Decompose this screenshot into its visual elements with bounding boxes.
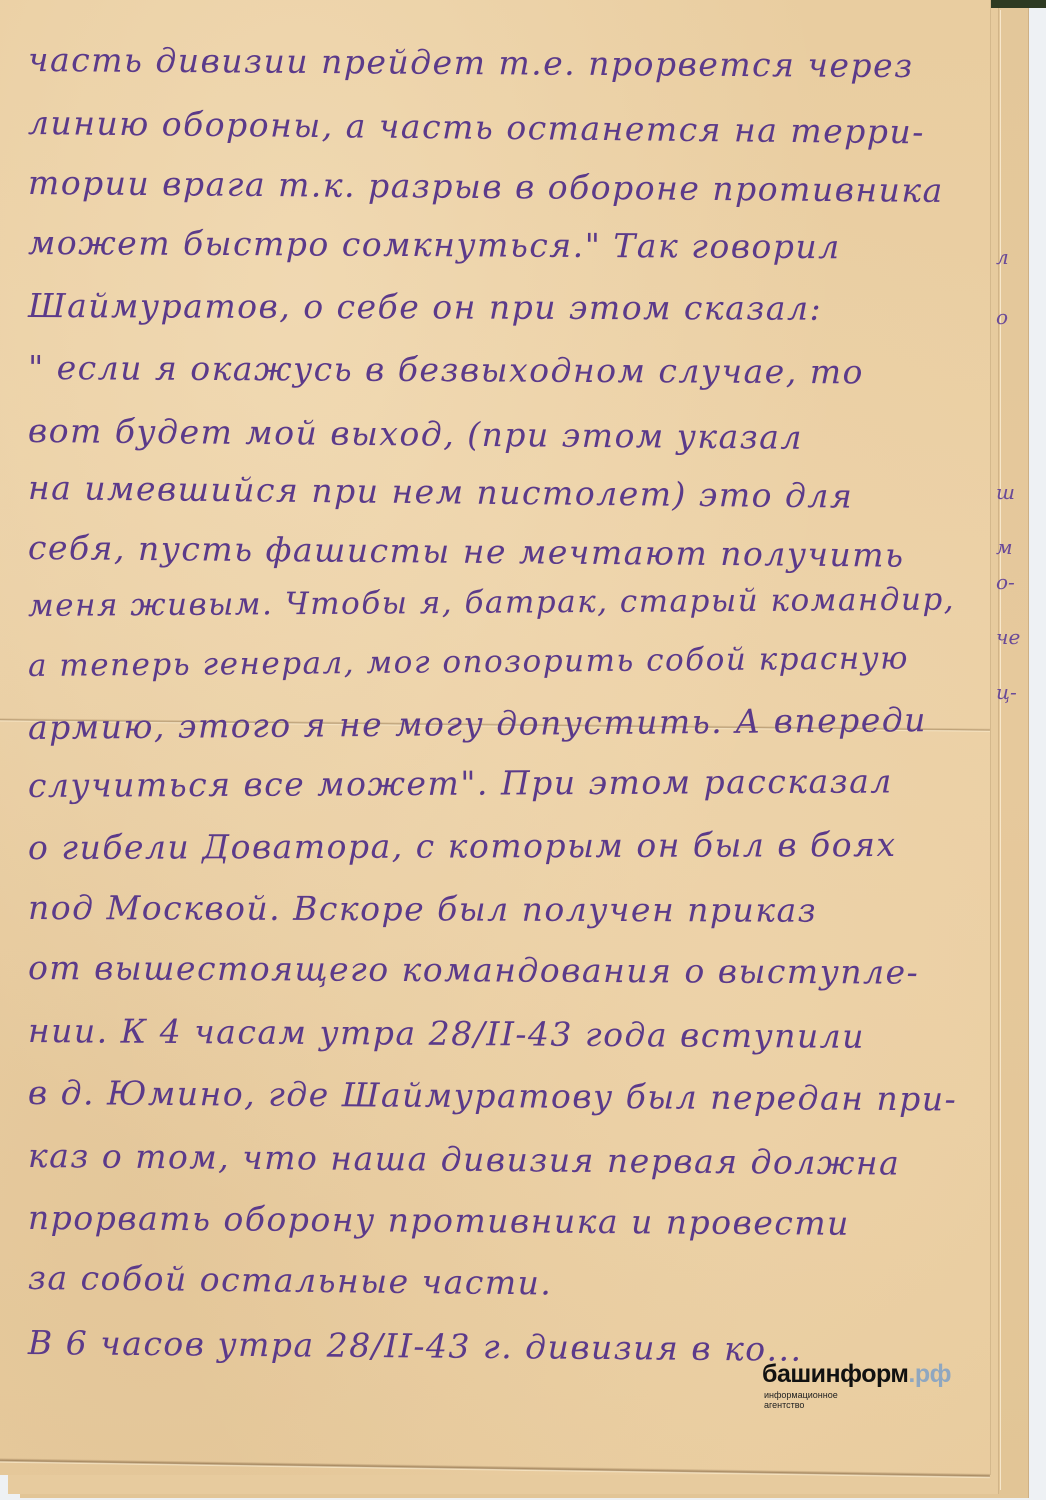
text-line: " если я окажусь в безвыходном случае, т… [28, 348, 864, 391]
text-line: нии. К 4 часам утра 28/II-43 года вступи… [28, 1011, 865, 1056]
text-line: себя, пусть фашисты не мечтают получить [28, 528, 905, 575]
text-line: о гибели Доватора, с которым он был в бо… [28, 825, 897, 867]
text-line: каз о том, что наша дивизия первая должн… [28, 1136, 901, 1183]
watermark-brand-suffix: .рф [908, 1360, 951, 1388]
letter-page: часть дивизии прейдет т.е. прорвется чер… [0, 0, 990, 1475]
watermark-brand-name: башинформ [762, 1360, 908, 1388]
text-line: меня живым. Чтобы я, батрак, старый кома… [28, 582, 955, 624]
text-line: за собой остальные части. [28, 1258, 553, 1302]
back-sheet-text-fragment: л [996, 245, 1009, 269]
back-sheet-text-fragment: о- [996, 570, 1015, 594]
back-sheet-text-fragment: ц- [996, 680, 1017, 704]
text-line: линию обороны, а часть останется на терр… [28, 103, 925, 151]
text-line: вот будет мой выход, (при этом указал [28, 411, 803, 457]
text-line: В 6 часов утра 28/II-43 г. дивизия в ко.… [28, 1323, 803, 1369]
text-line: на имевшийся при нем пистолет) это для [28, 468, 854, 516]
scan-border-strip [986, 0, 1046, 8]
text-line: от вышестоящего командования о выступле- [28, 948, 919, 992]
text-line: под Москвой. Вскоре был получен приказ [28, 888, 817, 930]
text-line: Шаймуратов, о себе он при этом сказал: [28, 286, 822, 328]
text-line: а теперь генерал, мог опозорить собой кр… [28, 640, 909, 684]
text-line: в д. Юмино, где Шаймуратову был передан … [28, 1073, 957, 1118]
text-line: прорвать оборону противника и провести [28, 1198, 850, 1243]
back-sheet-fold-line [1000, 10, 1001, 1490]
watermark-subtitle-line1: информационное [764, 1390, 838, 1400]
back-sheet-text-fragment: ш [996, 480, 1015, 504]
scanned-document: часть дивизии прейдет т.е. прорвется чер… [0, 0, 1046, 1500]
text-line: случиться все может". При этом рассказал [28, 761, 893, 805]
back-sheet-text-fragment: м [996, 535, 1013, 559]
text-line: может быстро сомкнуться." Так говорил [28, 223, 841, 266]
text-line: тории врага т.к. разрыв в обороне против… [28, 163, 944, 210]
back-sheet-text-fragment: че [996, 625, 1020, 649]
bashinform-watermark-logo: башинформ.рф информационное агентство [762, 1360, 1002, 1420]
text-line: армию, этого я не могу допустить. А впер… [28, 700, 927, 747]
back-sheet-text-fragment: о [996, 305, 1008, 329]
text-line: часть дивизии прейдет т.е. прорвется чер… [28, 40, 914, 85]
watermark-subtitle-line2: агентство [764, 1400, 804, 1410]
watermark-brand: башинформ.рф [762, 1360, 951, 1389]
